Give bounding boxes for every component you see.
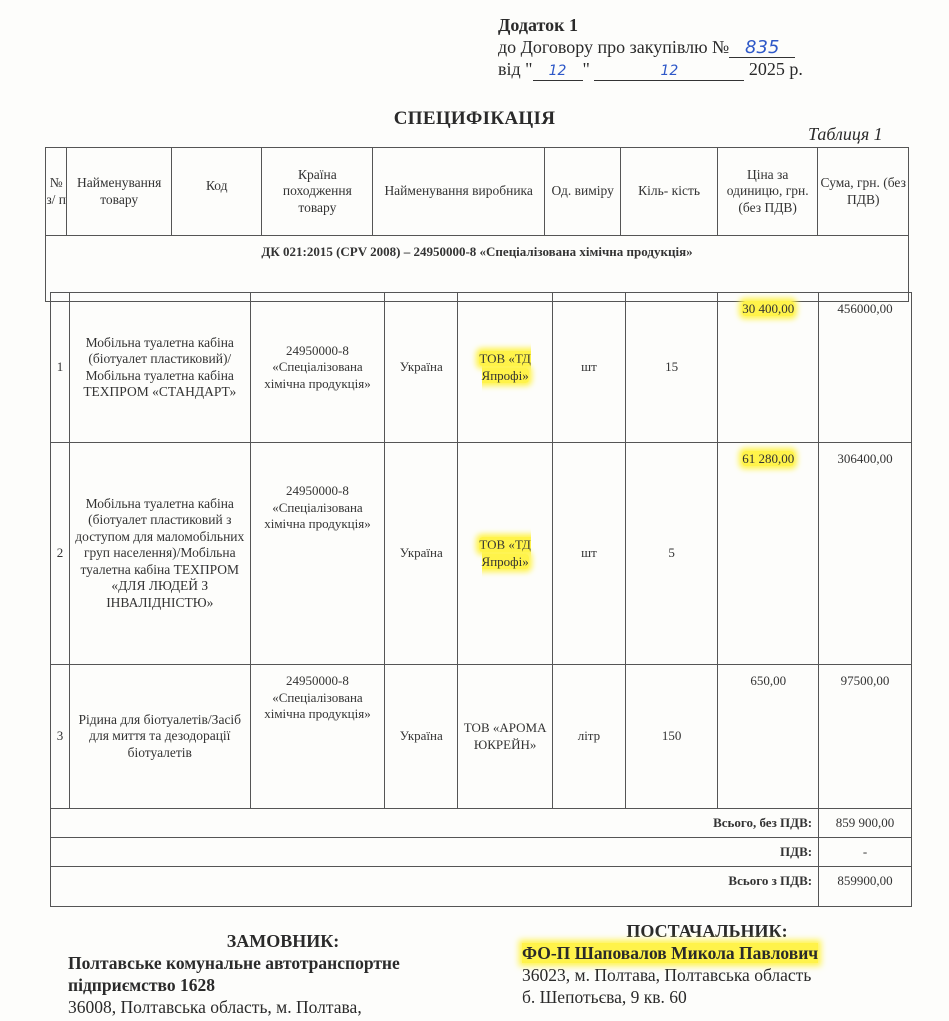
customer-name: Полтавське комунальне автотранспортне пі… xyxy=(68,952,468,996)
contract-prefix: до Договору про закупівлю № xyxy=(498,37,729,57)
contract-number: 835 xyxy=(745,37,779,58)
vat-row: ПДВ: - xyxy=(51,838,912,867)
supplier-address-2: б. Шепотьєва, 9 кв. 60 xyxy=(522,986,922,1008)
row-qty: 15 xyxy=(625,293,718,443)
spec-title: СПЕЦИФІКАЦІЯ xyxy=(0,108,949,130)
row-qty: 150 xyxy=(625,665,718,809)
row-country: Україна xyxy=(385,665,458,809)
total-label: Всього, без ПДВ: xyxy=(51,809,819,838)
spec-table-body: 1 Мобільна туалетна кабіна (біотуалет пл… xyxy=(50,292,912,907)
total-value: 859 900,00 xyxy=(819,809,912,838)
header-country: Країна походження товару xyxy=(262,148,373,236)
supplier-address-1: 36023, м. Полтава, Полтавська область xyxy=(522,964,922,986)
row-name: Мобільна туалетна кабіна (біотуалет плас… xyxy=(69,443,250,665)
row-unit: шт xyxy=(553,293,626,443)
date-line: від "12" 12 2025 р. xyxy=(498,58,803,81)
manufacturer-highlight: ТОВ «ТД Япрофі» xyxy=(479,351,531,383)
row-country: Україна xyxy=(385,443,458,665)
row-sum: 306400,00 xyxy=(819,443,912,665)
date-month: 12 xyxy=(660,63,678,79)
total-with-vat-value: 859900,00 xyxy=(819,867,912,907)
supplier-heading: ПОСТАЧАЛЬНИК: xyxy=(492,920,922,942)
row-sum: 456000,00 xyxy=(819,293,912,443)
date-quote: " xyxy=(583,59,590,79)
total-row: Всього, без ПДВ: 859 900,00 xyxy=(51,809,912,838)
header-unit: Од. виміру xyxy=(545,148,621,236)
row-name: Рідина для біотуалетів/Засіб для миття т… xyxy=(69,665,250,809)
spec-table-header: № з/ п Найменування товару Код Країна по… xyxy=(45,147,909,302)
customer-address: 36008, Полтавська область, м. Полтава, xyxy=(68,996,468,1018)
header-code: Код xyxy=(172,148,262,236)
row-price: 61 280,00 xyxy=(718,443,819,665)
vat-label: ПДВ: xyxy=(51,838,819,867)
row-manufacturer: ТОВ «ТД Япрофі» xyxy=(458,293,553,443)
header-qty: Кіль- кість xyxy=(621,148,718,236)
row-code: 24950000-8 «Спеціалізована хімічна проду… xyxy=(250,665,385,809)
row-price: 30 400,00 xyxy=(718,293,819,443)
row-manufacturer: ТОВ «ТД Япрофі» xyxy=(458,443,553,665)
supplier-block: ПОСТАЧАЛЬНИК: ФО-П Шаповалов Микола Павл… xyxy=(522,920,922,1008)
row-name: Мобільна туалетна кабіна (біотуалет плас… xyxy=(69,293,250,443)
header-name: Найменування товару xyxy=(67,148,172,236)
price-highlight: 61 280,00 xyxy=(742,451,794,466)
price-highlight: 30 400,00 xyxy=(742,301,794,316)
header-row: № з/ п Найменування товару Код Країна по… xyxy=(46,148,909,236)
row-code: 24950000-8 «Спеціалізована хімічна проду… xyxy=(250,443,385,665)
date-year: 2025 р. xyxy=(749,59,803,79)
annex-title: Додаток 1 xyxy=(498,14,803,36)
row-unit: шт xyxy=(553,443,626,665)
table-label: Таблиця 1 xyxy=(808,124,883,145)
date-day: 12 xyxy=(549,63,567,79)
table-row: 2 Мобільна туалетна кабіна (біотуалет пл… xyxy=(51,443,912,665)
total-with-vat-row: Всього з ПДВ: 859900,00 xyxy=(51,867,912,907)
row-price: 650,00 xyxy=(718,665,819,809)
annex-header: Додаток 1 до Договору про закупівлю №835… xyxy=(498,14,803,81)
supplier-name: ФО-П Шаповалов Микола Павлович xyxy=(522,943,818,963)
row-no: 2 xyxy=(51,443,70,665)
total-with-vat-label: Всього з ПДВ: xyxy=(51,867,819,907)
row-country: Україна xyxy=(385,293,458,443)
header-price: Ціна за одиницю, грн. (без ПДВ) xyxy=(717,148,818,236)
header-sum: Сума, грн. (без ПДВ) xyxy=(818,148,909,236)
header-manufacturer: Найменування виробника xyxy=(373,148,545,236)
manufacturer-highlight: ТОВ «ТД Япрофі» xyxy=(479,537,531,569)
contract-line: до Договору про закупівлю №835 xyxy=(498,36,803,58)
row-manufacturer: ТОВ «АРОМА ЮКРЕЙН» xyxy=(458,665,553,809)
row-qty: 5 xyxy=(625,443,718,665)
row-no: 3 xyxy=(51,665,70,809)
customer-heading: ЗАМОВНИК: xyxy=(98,930,468,952)
row-no: 1 xyxy=(51,293,70,443)
customer-block: ЗАМОВНИК: Полтавське комунальне автотран… xyxy=(68,930,468,1018)
row-code: 24950000-8 «Спеціалізована хімічна проду… xyxy=(250,293,385,443)
date-prefix: від " xyxy=(498,59,533,79)
table-row: 3 Рідина для біотуалетів/Засіб для миття… xyxy=(51,665,912,809)
row-sum: 97500,00 xyxy=(819,665,912,809)
row-unit: літр xyxy=(553,665,626,809)
table-row: 1 Мобільна туалетна кабіна (біотуалет пл… xyxy=(51,293,912,443)
vat-value: - xyxy=(819,838,912,867)
header-no: № з/ п xyxy=(46,148,67,236)
